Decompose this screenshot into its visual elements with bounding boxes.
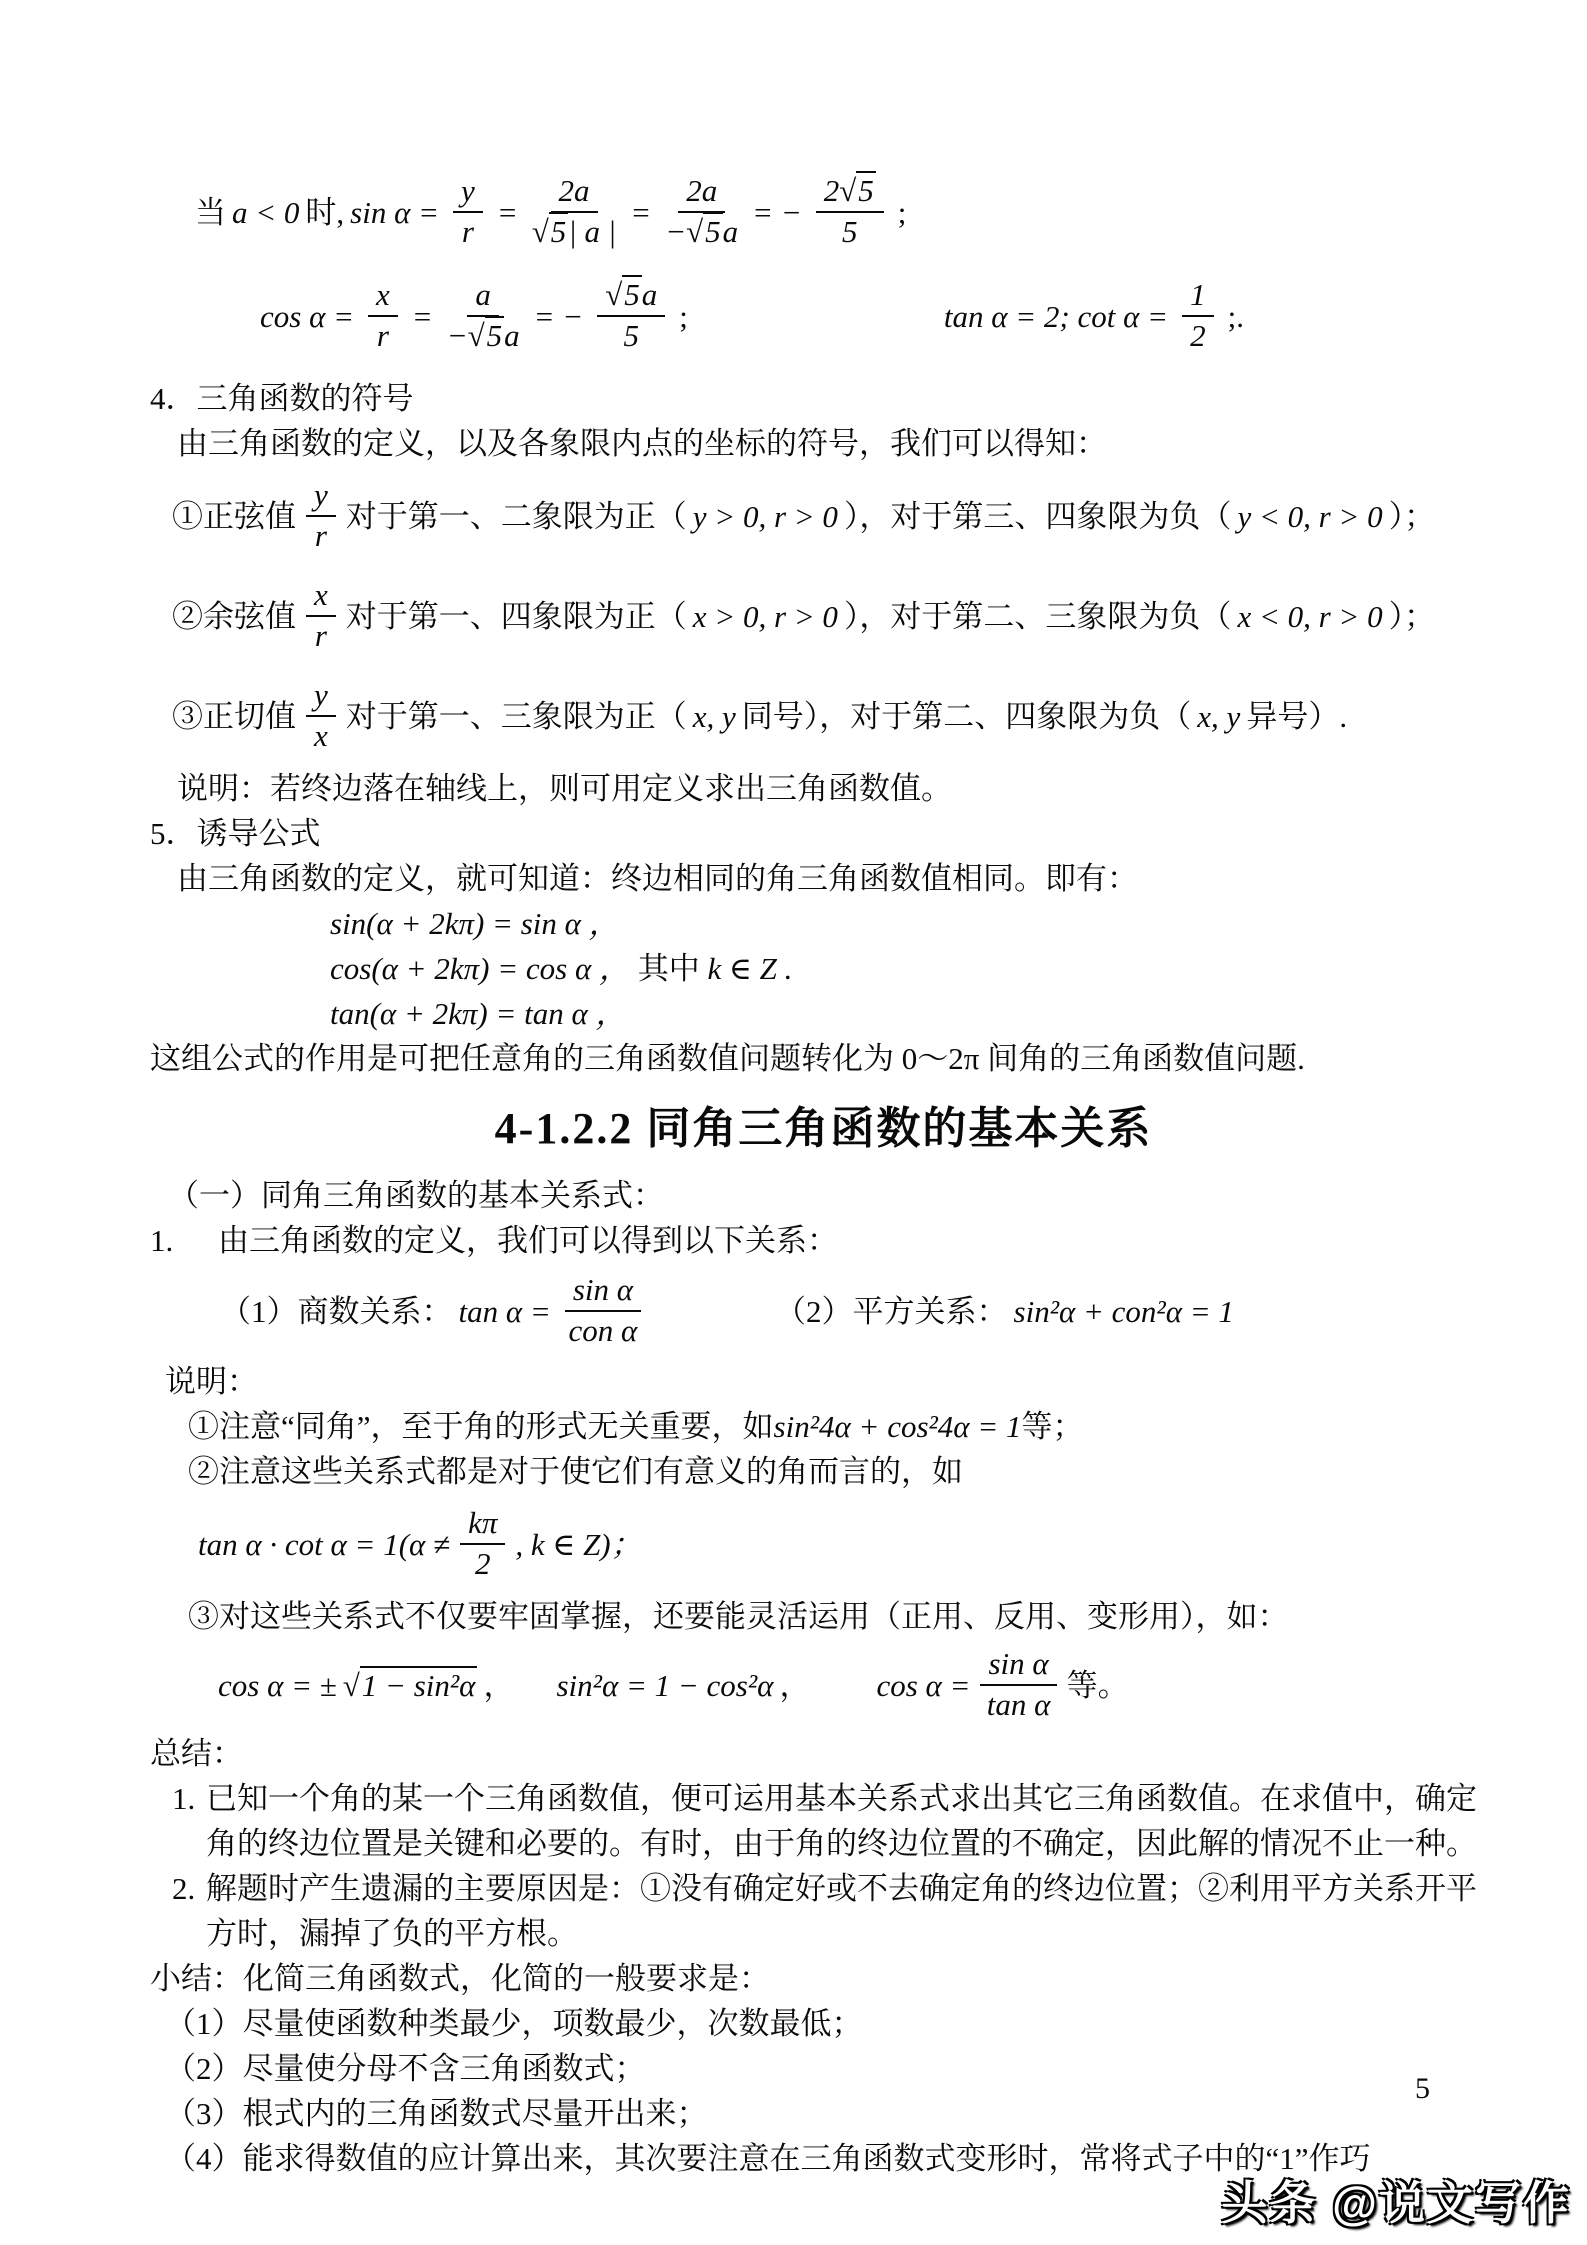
fraction-denominator: r [462,213,474,251]
sqrt-body: 5 [703,212,723,249]
fraction-denominator: 5 [842,213,858,251]
fraction-numerator: 2a [678,173,725,213]
cn-text: （1）商数关系： [220,1289,453,1334]
math-text: x > 0, r > 0 [693,594,838,639]
math-text: tan α = [459,1289,551,1334]
math-text: k ∈ Z . [707,951,792,986]
fraction: y r [453,173,483,250]
math-text: − [447,318,468,355]
fraction-numerator: kπ [460,1505,505,1545]
math-text: sin²α + con²α = 1 [1014,1289,1234,1334]
fraction-denominator: −√5a [665,213,738,251]
section6-note: 说明： [165,1359,1497,1404]
math-text: cos α = [876,1663,970,1708]
tan-cot-formula-line: tan α · cot α = 1(α ≠ kπ 2 , k ∈ Z)； [198,1494,1497,1594]
cn-text: （2）平方关系： [775,1289,1008,1334]
fraction-numerator: sin α [980,1646,1056,1686]
fraction-numerator: 2√5 [816,173,884,213]
fraction-denominator: con α [569,1312,638,1350]
fraction-numerator: x [368,277,398,317]
math-text: 2 [824,173,840,210]
fraction: x r [368,277,398,354]
induction-formula-sin: sin(α + 2kπ) = sin α ， [330,901,1497,946]
page-number: 5 [1415,2072,1430,2106]
math-text: tan α · cot α = 1(α ≠ [198,1522,450,1567]
fraction: √5a 5 [597,277,665,354]
watermark: 头条 @说文写作 [1221,2167,1571,2233]
sqrt: √5 [686,214,723,251]
math-text: = [412,294,433,339]
note-item-2: ②注意这些关系式都是对于使它们有意义的角而言的，如 [188,1449,1497,1494]
math-text: sin α = [350,190,439,235]
cn-text: ①正弦值 [172,494,296,539]
summary-title: 总结： [150,1731,1497,1776]
sqrt-sign: √ [343,1668,360,1703]
note-item-3: ③对这些关系式不仅要牢固掌握，还要能灵活运用（正用、反用、变形用），如： [188,1594,1497,1639]
cn-text: 对于第一、二象限为正（ [346,494,687,539]
math-text: cos α = [260,294,354,339]
fraction: 2a −√5a [665,173,738,250]
summary-subtitle: 小结：化简三角函数式，化简的一般要求是： [150,1956,1497,2001]
cn-text: 对于第一、四象限为正（ [346,594,687,639]
list-text: 由三角函数的定义，我们可以得到以下关系： [218,1218,1497,1263]
section4-item-tangent: ③正切值 y x 对于第一、三象限为正（ x, y 同号），对于第二、四象限为负… [172,666,1497,766]
math-text: cos(α + 2kπ) = cos α ， [330,951,630,986]
sqrt-sign: √ [839,173,856,208]
sqrt-sign: √ [686,214,703,249]
fraction-denominator: tan α [987,1686,1051,1724]
list-text: 已知一个角的某一个三角函数值，便可运用基本关系式求出其它三角函数值。在求值中，确… [206,1776,1497,1866]
cn-text: 同号），对于第二、四象限为负（ [742,694,1192,739]
sqrt: √5 [468,318,505,355]
cn-text: 时, [305,190,344,235]
fraction-numerator: y [453,173,483,213]
cn-text: 对于第一、三象限为正（ [346,694,687,739]
sqrt-body: 5 [549,212,569,249]
fraction: sin α tan α [980,1646,1056,1723]
math-text: y > 0, r > 0 [693,494,838,539]
fraction-denominator: r [315,617,327,655]
fraction-denominator: r [315,517,327,555]
punctuation: ; [679,294,688,339]
page-title: 4-1.2.2 同角三角函数的基本关系 [150,1099,1497,1159]
relation-formulas-line: （1）商数关系： tan α = sin α con α （2）平方关系： si… [220,1263,1497,1359]
sqrt-body: 5 [485,316,505,353]
math-text: sin²α = 1 − cos²α [556,1663,773,1708]
cn-text: 等。 [1067,1663,1129,1708]
formula-cos-tan-line: cos α = x r = a −√5a = − √5a 5 ; tan α =… [260,264,1497,368]
math-text: y < 0, r > 0 [1237,494,1382,539]
list-marker: 1. [172,1776,206,1866]
fraction: 1 2 [1182,277,1214,354]
punctuation: ， [483,1663,514,1708]
math-text: a [723,214,739,251]
section5-outro: 这组公式的作用是可把任意角的三角函数值问题转化为 0～2π 间角的三角函数值问题… [150,1036,1497,1081]
guideline-2: （2）尽量使分母不含三角函数式； [165,2046,1497,2091]
cn-text: 等； [1022,1409,1084,1444]
math-text: cos α = ± [218,1663,337,1708]
cn-text: 异号）. [1246,694,1347,739]
math-text: = [630,190,651,235]
sqrt: √5 [532,214,569,251]
list-text: 解题时产生遗漏的主要原因是：①没有确定好或不去确定角的终边位置；②利用平方关系开… [206,1866,1497,1956]
fraction-denominator: 2 [475,1545,491,1583]
cn-text: ）； [1389,494,1436,539]
fraction-numerator: √5a [597,277,665,317]
list-marker: 1. [150,1218,218,1263]
punctuation: ; [898,190,907,235]
fraction: 2√5 5 [816,173,884,250]
math-text: | a | [568,214,616,251]
cn-text: 当 [195,190,226,235]
section4-title: 4．三角函数的符号 [150,376,1497,421]
math-text: tan α = 2; cot α = [944,294,1168,339]
fraction: y x [306,677,336,754]
fraction-numerator: 1 [1182,277,1214,317]
math-text: , k ∈ Z)； [515,1522,641,1567]
sqrt-sign: √ [605,277,622,312]
math-text: a [642,277,658,314]
cn-text: ），对于第三、四象限为负（ [844,494,1232,539]
section4-item-sine: ①正弦值 y r 对于第一、二象限为正（ y > 0, r > 0 ），对于第三… [172,466,1497,566]
fraction-denominator: −√5a [447,317,520,355]
sqrt-body: 1 − sin²α [360,1666,478,1703]
induction-formula-cos: cos(α + 2kπ) = cos α ， 其中 k ∈ Z . [330,946,1497,991]
math-text: = [497,190,518,235]
fraction: 2a √5 | a | [532,173,617,250]
fraction-denominator: 5 [623,317,639,355]
cn-text: 其中 [638,951,700,986]
note-item-1: ①注意“同角”，至于角的形式无关重要，如sin²4α + cos²4α = 1等… [188,1404,1497,1449]
fraction-numerator: sin α [565,1272,641,1312]
fraction-denominator: r [377,317,389,355]
fraction-denominator: √5 | a | [532,213,617,251]
math-text: = − [752,190,802,235]
section5-intro: 由三角函数的定义，就可知道：终边相同的角三角函数值相同。即有： [177,856,1497,901]
fraction: a −√5a [447,277,520,354]
section6-list-item: 1. 由三角函数的定义，我们可以得到以下关系： [150,1218,1497,1263]
section4-note: 说明：若终边落在轴线上，则可用定义求出三角函数值。 [177,766,1497,811]
math-text: a < 0 [232,190,299,235]
sqrt: √5 [839,173,876,210]
summary-item-1: 1. 已知一个角的某一个三角函数值，便可运用基本关系式求出其它三角函数值。在求值… [172,1776,1497,1866]
sqrt: √1 − sin²α [343,1663,478,1708]
fraction: kπ 2 [460,1505,505,1582]
list-marker: 2. [172,1866,206,1956]
math-text: x, y [1197,694,1240,739]
formula-sin-line: 当 a < 0 时, sin α = y r = 2a √5 | a | = 2… [195,160,1497,264]
sqrt-sign: √ [532,214,549,249]
summary-item-2: 2. 解题时产生遗漏的主要原因是：①没有确定好或不去确定角的终边位置；②利用平方… [172,1866,1497,1956]
fraction-numerator: y [306,677,336,717]
punctuation: ， [779,1663,810,1708]
section4-item-cosine: ②余弦值 x r 对于第一、四象限为正（ x > 0, r > 0 ），对于第二… [172,566,1497,666]
fraction: x r [306,577,336,654]
math-text: x, y [693,694,736,739]
fraction-numerator: x [306,577,336,617]
punctuation: ;. [1228,294,1244,339]
fraction: y r [306,477,336,554]
section5-title: 5．诱导公式 [150,811,1497,856]
fraction-numerator: y [306,477,336,517]
math-text: x < 0, r > 0 [1237,594,1382,639]
math-text: − [665,214,686,251]
fraction-denominator: 2 [1190,317,1206,355]
math-text: = − [534,294,584,339]
math-text: sin²4α + cos²4α = 1 [774,1409,1022,1444]
sqrt-sign: √ [468,318,485,353]
document-page: 当 a < 0 时, sin α = y r = 2a √5 | a | = 2… [0,0,1587,2245]
guideline-1: （1）尽量使函数种类最少，项数最少，次数最低； [165,2001,1497,2046]
cn-text: ①注意“同角”，至于角的形式无关重要，如 [188,1409,774,1444]
sqrt: √5 [605,277,642,314]
fraction-denominator: x [314,717,328,755]
fraction: sin α con α [565,1272,641,1349]
sqrt-body: 5 [622,275,642,312]
fraction-numerator: 2a [551,173,598,213]
cn-text: ），对于第二、三象限为负（ [844,594,1232,639]
section6-subtitle: （一）同角三角函数的基本关系式： [168,1173,1497,1218]
cn-text: ②余弦值 [172,594,296,639]
document-content: 当 a < 0 时, sin α = y r = 2a √5 | a | = 2… [0,0,1587,2181]
fraction-numerator: a [467,277,499,317]
cn-text: ③正切值 [172,694,296,739]
induction-formula-tan: tan(α + 2kπ) = tan α ， [330,991,1497,1036]
math-text: a [504,318,520,355]
section4-intro: 由三角函数的定义，以及各象限内点的坐标的符号，我们可以得知： [177,421,1497,466]
guideline-3: （3）根式内的三角函数式尽量开出来； [165,2091,1497,2136]
sqrt-body: 5 [856,171,876,208]
derived-formulas-line: cos α = ±√1 − sin²α ， sin²α = 1 − cos²α … [218,1639,1497,1731]
cn-text: ）； [1389,594,1436,639]
